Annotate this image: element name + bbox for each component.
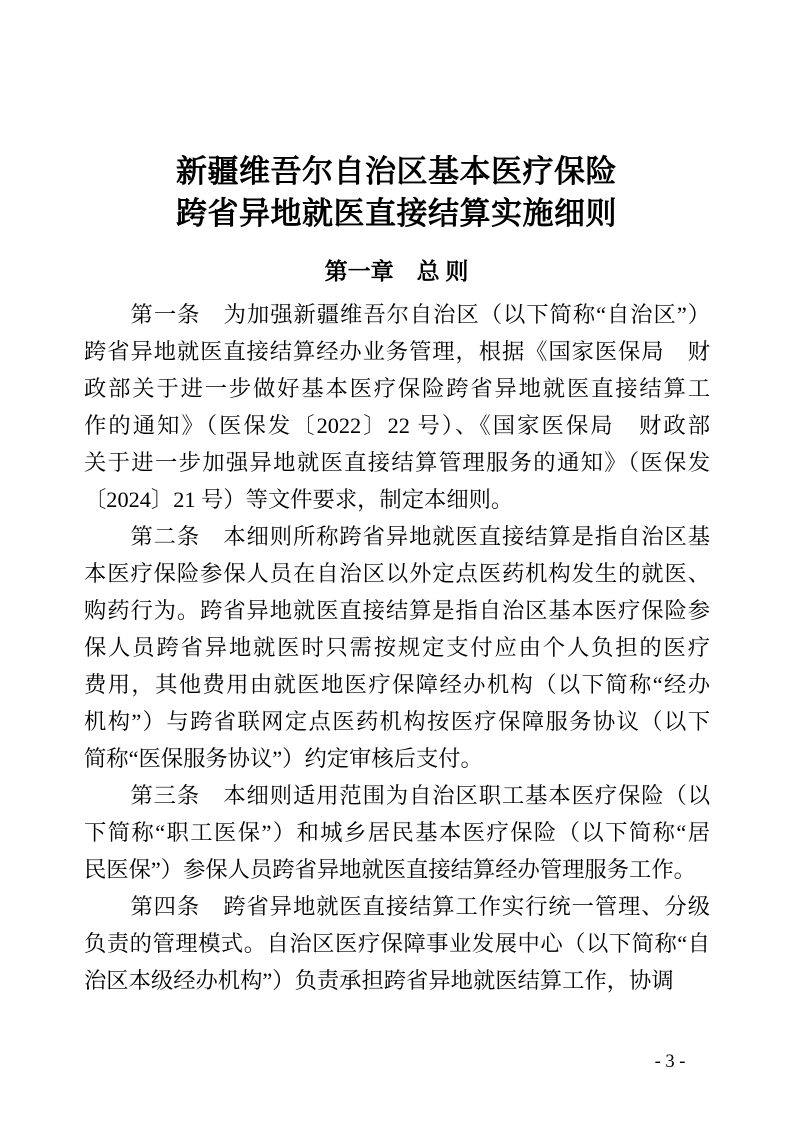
title-line-1: 新疆维吾尔自治区基本医疗保险	[0, 151, 793, 193]
document-title: 新疆维吾尔自治区基本医疗保险 跨省异地就医直接结算实施细则	[0, 151, 793, 235]
body-line: 下简称“职工医保”）和城乡居民基本医疗保险（以下简称“居	[84, 814, 710, 851]
body-line: 购药行为。跨省异地就医直接结算是指自治区基本医疗保险参	[84, 592, 710, 629]
body-line: 〔2024〕21 号）等文件要求，制定本细则。	[84, 481, 710, 518]
body-line: 作的通知》（医保发〔2022〕22 号）、《国家医保局 财政部	[84, 407, 710, 444]
page-number: - 3 -	[620, 1050, 720, 1074]
body-line: 费用，其他费用由就医地医疗保障经办机构（以下简称“经办	[84, 666, 710, 703]
body-line: 保人员跨省异地就医时只需按规定支付应由个人负担的医疗	[84, 629, 710, 666]
body-line: 关于进一步加强异地就医直接结算管理服务的通知》（医保发	[84, 444, 710, 481]
paragraph: 第四条 跨省异地就医直接结算工作实行统一管理、分级负责的管理模式。自治区医疗保障…	[84, 888, 710, 999]
body-line: 治区本级经办机构”）负责承担跨省异地就医结算工作，协调	[84, 962, 710, 999]
body-line: 民医保”）参保人员跨省异地就医直接结算经办管理服务工作。	[84, 851, 710, 888]
body-line: 跨省异地就医直接结算经办业务管理，根据《国家医保局 财	[84, 333, 710, 370]
body-line: 机构”）与跨省联网定点医药机构按医疗保障服务协议（以下	[84, 703, 710, 740]
body-line: 简称“医保服务协议”）约定审核后支付。	[84, 740, 710, 777]
body-line: 第二条 本细则所称跨省异地就医直接结算是指自治区基	[84, 518, 710, 555]
document-body: 第一条 为加强新疆维吾尔自治区（以下简称“自治区”）跨省异地就医直接结算经办业务…	[84, 296, 710, 999]
body-line: 第三条 本细则适用范围为自治区职工基本医疗保险（以	[84, 777, 710, 814]
paragraph: 第一条 为加强新疆维吾尔自治区（以下简称“自治区”）跨省异地就医直接结算经办业务…	[84, 296, 710, 518]
body-line: 本医疗保险参保人员在自治区以外定点医药机构发生的就医、	[84, 555, 710, 592]
body-line: 负责的管理模式。自治区医疗保障事业发展中心（以下简称“自	[84, 925, 710, 962]
body-line: 政部关于进一步做好基本医疗保险跨省异地就医直接结算工	[84, 370, 710, 407]
body-line: 第四条 跨省异地就医直接结算工作实行统一管理、分级	[84, 888, 710, 925]
chapter-heading: 第一章 总 则	[0, 257, 793, 287]
body-line: 第一条 为加强新疆维吾尔自治区（以下简称“自治区”）	[84, 296, 710, 333]
paragraph: 第三条 本细则适用范围为自治区职工基本医疗保险（以下简称“职工医保”）和城乡居民…	[84, 777, 710, 888]
document-page: 新疆维吾尔自治区基本医疗保险 跨省异地就医直接结算实施细则 第一章 总 则 第一…	[0, 0, 793, 1122]
title-line-2: 跨省异地就医直接结算实施细则	[0, 193, 793, 235]
paragraph: 第二条 本细则所称跨省异地就医直接结算是指自治区基本医疗保险参保人员在自治区以外…	[84, 518, 710, 777]
